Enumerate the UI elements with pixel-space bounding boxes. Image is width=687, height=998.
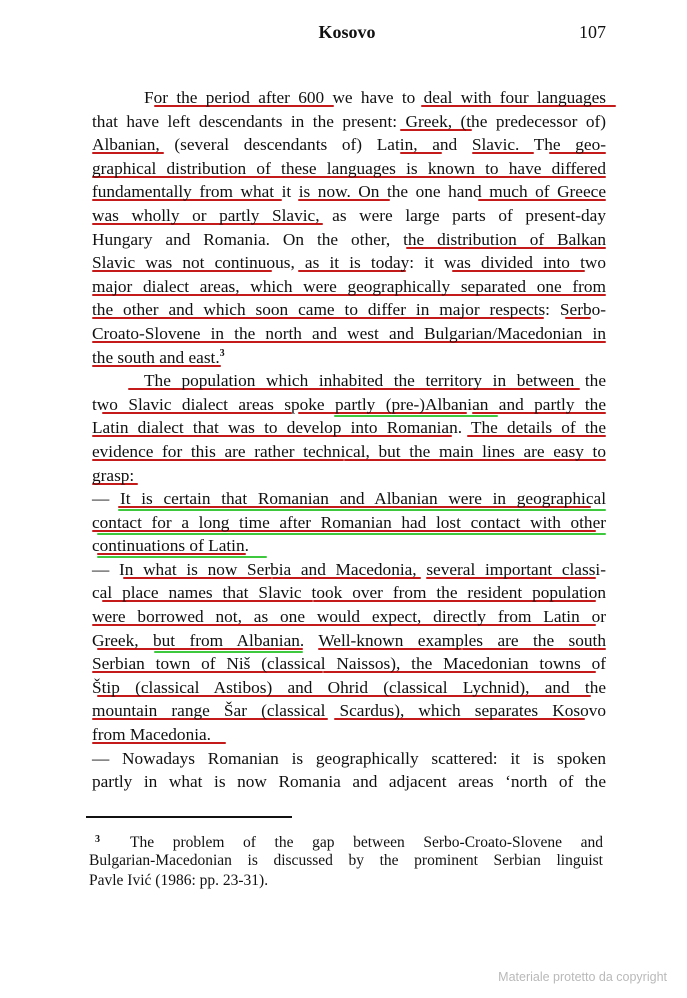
line-text: grasp: bbox=[92, 466, 134, 485]
footnote-line: Bulgarian-Macedonian is discussed by the… bbox=[89, 851, 603, 872]
text-line: were borrowed not, as one would expect, … bbox=[92, 605, 606, 629]
text-line: major dialect areas, which were geograph… bbox=[92, 275, 606, 299]
line-text: The population which inhabited the terri… bbox=[144, 371, 606, 390]
text-line: Latin dialect that was to develop into R… bbox=[92, 416, 606, 440]
text-line: two Slavic dialect areas spoke partly (p… bbox=[92, 393, 606, 417]
text-line: graphical distribution of these language… bbox=[92, 157, 606, 181]
line-text: contact for a long time after Romanian h… bbox=[92, 513, 606, 532]
line-text: the other and which soon came to differ … bbox=[92, 300, 606, 319]
line-text: from Macedonia. bbox=[92, 725, 211, 744]
line-text: — In what is now Serbia and Macedonia, s… bbox=[92, 560, 606, 579]
text-line: fundamentally from what it is now. On th… bbox=[92, 180, 606, 204]
text-line: partly in what is now Romania and adjace… bbox=[92, 770, 606, 794]
text-line: mountain range Šar (classical Scardus), … bbox=[92, 699, 606, 723]
line-text: Greek, but from Albanian. Well-known exa… bbox=[92, 631, 606, 650]
text-line: that have left descendants in the presen… bbox=[92, 110, 606, 134]
text-line: Serbian town of Niš (classical Naissos),… bbox=[92, 652, 606, 676]
footnote-text: Bulgarian-Macedonian is discussed by the… bbox=[89, 852, 603, 869]
footnote-text: Pavle Ivić (1986: pp. 23-31). bbox=[89, 872, 268, 889]
line-text: — Nowadays Romanian is geographically sc… bbox=[92, 749, 606, 768]
line-text: continuations of Latin. bbox=[92, 536, 249, 555]
line-text: cal place names that Slavic took over fr… bbox=[92, 583, 606, 602]
text-line: Albanian, (several descendants of) Latin… bbox=[92, 133, 606, 157]
text-line: contact for a long time after Romanian h… bbox=[92, 511, 606, 535]
text-line: Greek, but from Albanian. Well-known exa… bbox=[92, 629, 606, 653]
footnote-reference[interactable]: 3 bbox=[220, 348, 225, 359]
line-text: evidence for this are rather technical, … bbox=[92, 442, 606, 461]
line-text: Hungary and Romania. On the other, the d… bbox=[92, 230, 606, 249]
text-line: the south and east.3 bbox=[92, 346, 606, 370]
line-text: major dialect areas, which were geograph… bbox=[92, 277, 606, 296]
text-line: grasp: bbox=[92, 464, 606, 488]
footnote-marker: 3 bbox=[95, 834, 100, 845]
running-head: Kosovo 107 bbox=[88, 22, 606, 46]
line-text: partly in what is now Romania and adjace… bbox=[92, 772, 606, 791]
text-line: For the period after 600 we have to deal… bbox=[92, 86, 606, 110]
line-text: — It is certain that Romanian and Albani… bbox=[92, 489, 606, 508]
text-line: — It is certain that Romanian and Albani… bbox=[92, 487, 606, 511]
book-page: Kosovo 107 For the period after 600 we h… bbox=[0, 0, 687, 998]
line-text: For the period after 600 we have to deal… bbox=[144, 88, 606, 107]
body-text: For the period after 600 we have to deal… bbox=[92, 86, 606, 794]
text-line: was wholly or partly Slavic, as were lar… bbox=[92, 204, 606, 228]
text-line: continuations of Latin. bbox=[92, 534, 606, 558]
line-text: Albanian, (several descendants of) Latin… bbox=[92, 135, 606, 154]
line-text: Croato-Slovene in the north and west and… bbox=[92, 324, 606, 343]
copyright-watermark: Materiale protetto da copyright bbox=[498, 970, 667, 984]
text-line: — In what is now Serbia and Macedonia, s… bbox=[92, 558, 606, 582]
line-text: were borrowed not, as one would expect, … bbox=[92, 607, 606, 626]
line-text: Latin dialect that was to develop into R… bbox=[92, 418, 606, 437]
line-text: Slavic was not continuous, as it is toda… bbox=[92, 253, 606, 272]
footnote-divider bbox=[86, 816, 292, 818]
footnote-text: The problem of the gap between Serbo-Cro… bbox=[130, 834, 603, 851]
line-text: the south and east. bbox=[92, 348, 220, 367]
text-line: evidence for this are rather technical, … bbox=[92, 440, 606, 464]
footnote-line: Pavle Ivić (1986: pp. 23-31). bbox=[89, 871, 603, 892]
text-line: Hungary and Romania. On the other, the d… bbox=[92, 228, 606, 252]
text-line: the other and which soon came to differ … bbox=[92, 298, 606, 322]
footnotes: 3The problem of the gap between Serbo-Cr… bbox=[89, 830, 603, 892]
running-title: Kosovo bbox=[88, 22, 606, 43]
footnote-line: 3The problem of the gap between Serbo-Cr… bbox=[89, 830, 603, 851]
text-line: — Nowadays Romanian is geographically sc… bbox=[92, 747, 606, 771]
text-line: The population which inhabited the terri… bbox=[92, 369, 606, 393]
line-text: fundamentally from what it is now. On th… bbox=[92, 182, 606, 201]
text-line: cal place names that Slavic took over fr… bbox=[92, 581, 606, 605]
text-line: from Macedonia. bbox=[92, 723, 606, 747]
line-text: mountain range Šar (classical Scardus), … bbox=[92, 701, 606, 720]
line-text: graphical distribution of these language… bbox=[92, 159, 606, 178]
line-text: Serbian town of Niš (classical Naissos),… bbox=[92, 654, 606, 673]
line-text: Štip (classical Astibos) and Ohrid (clas… bbox=[92, 678, 606, 697]
text-line: Croato-Slovene in the north and west and… bbox=[92, 322, 606, 346]
text-line: Štip (classical Astibos) and Ohrid (clas… bbox=[92, 676, 606, 700]
page-number: 107 bbox=[579, 22, 606, 43]
line-text: was wholly or partly Slavic, as were lar… bbox=[92, 206, 606, 225]
text-line: Slavic was not continuous, as it is toda… bbox=[92, 251, 606, 275]
line-text: two Slavic dialect areas spoke partly (p… bbox=[92, 395, 606, 414]
line-text: that have left descendants in the presen… bbox=[92, 112, 606, 131]
